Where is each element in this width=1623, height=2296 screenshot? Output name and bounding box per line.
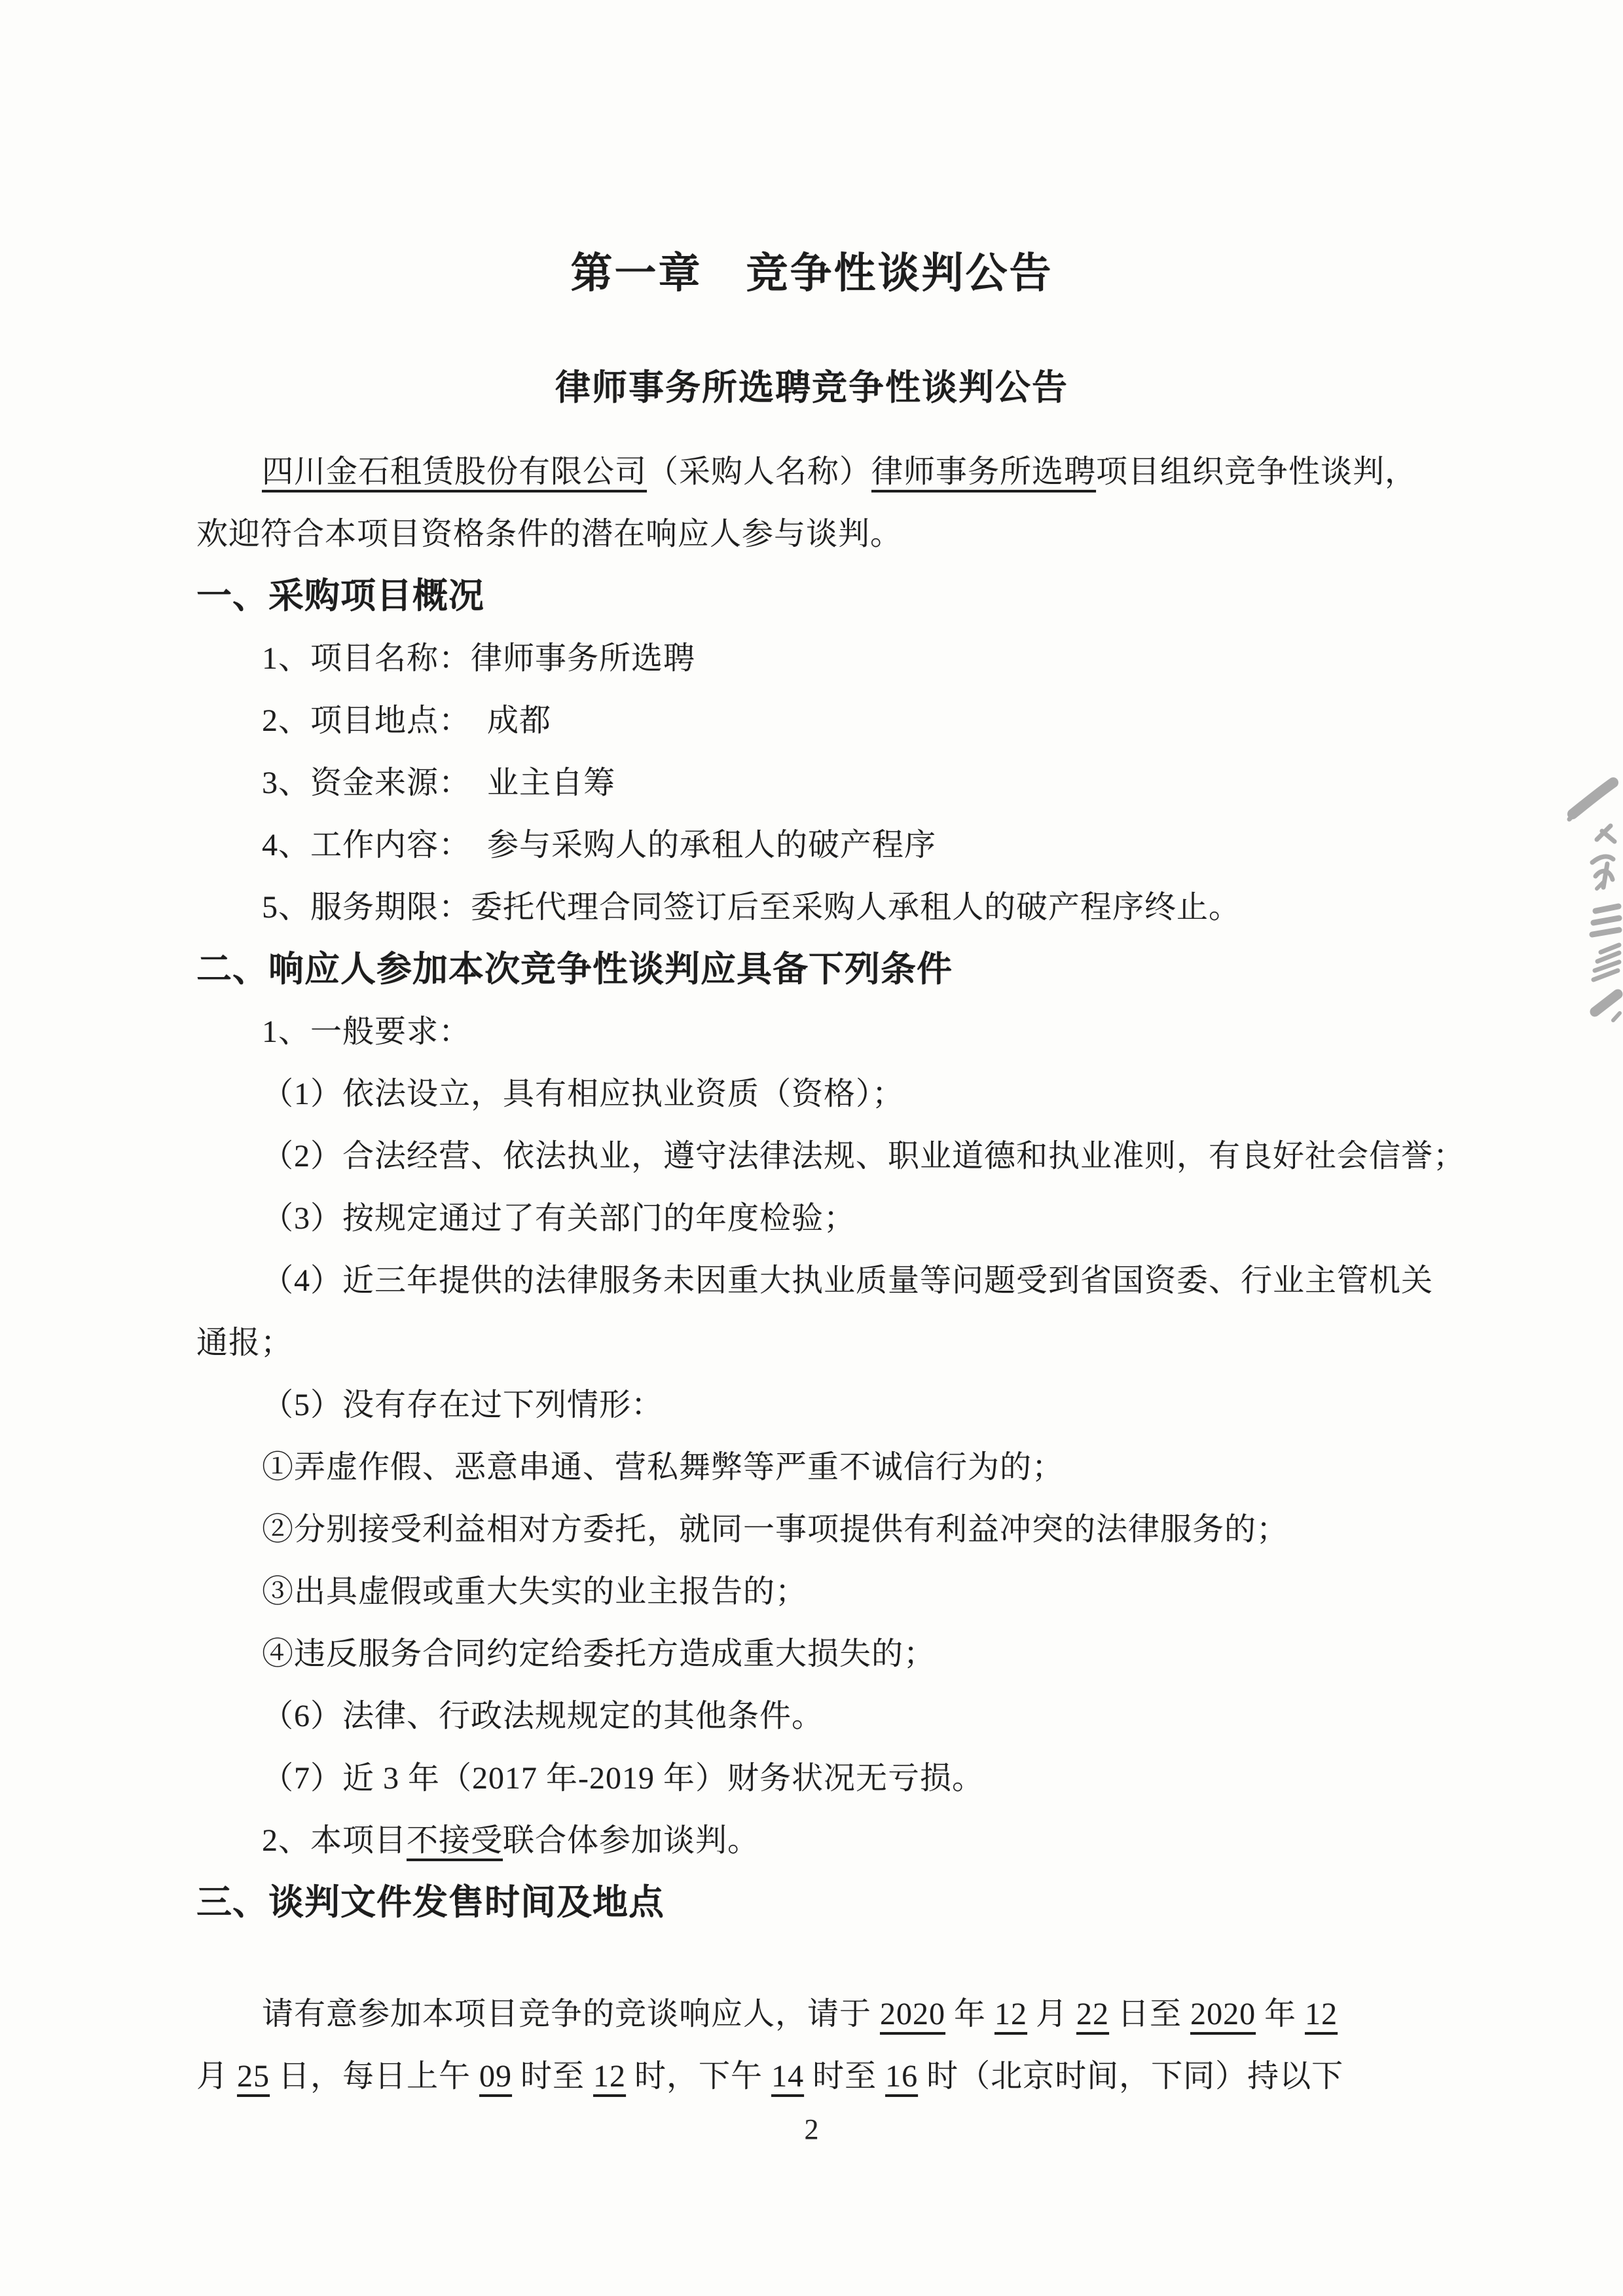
text-segment: 1、项目名称：律师事务所选聘 [262, 641, 695, 676]
text-segment: 时至 [512, 2059, 593, 2094]
text-segment: 3、资金来源： 业主自筹 [262, 766, 615, 800]
document-line: 通报； [196, 1312, 1427, 1374]
underlined-text: 2020 [880, 1997, 945, 2031]
text-segment: 月 [196, 2059, 237, 2094]
underlined-text: 12 [1305, 1997, 1338, 2031]
text-segment: 5、服务期限：委托代理合同签订后至采购人承租人的破产程序终止。 [262, 890, 1241, 925]
text-segment: （1）依法设立，具有相应执业资质（资格）； [262, 1077, 904, 1111]
announcement-subtitle: 律师事务所选聘竞争性谈判公告 [196, 357, 1427, 419]
underlined-text: 律师事务所选聘 [871, 454, 1096, 489]
text-segment: 时至 [804, 2059, 885, 2094]
document-line: 1、一般要求： [196, 1001, 1427, 1063]
document-line: （7）近 3 年（2017 年-2019 年）财务状况无亏损。 [196, 1747, 1427, 1809]
text-segment: 二、响应人参加本次竞争性谈判应具备下列条件 [196, 950, 953, 989]
document-page: 第一章 竞争性谈判公告 律师事务所选聘竞争性谈判公告 四川金石租赁股份有限公司（… [0, 0, 1623, 2296]
document-line: 2、本项目不接受联合体参加谈判。 [196, 1809, 1427, 1872]
text-segment: 项目组织竞争性谈判， [1096, 454, 1417, 489]
handwritten-margin-marks [1561, 776, 1623, 1045]
text-segment: 通报； [196, 1325, 293, 1360]
underlined-text: 12 [593, 2059, 626, 2094]
document-line: 请有意参加本项目竞争的竞谈响应人，请于 2020 年 12 月 22 日至 20… [196, 1983, 1427, 2045]
document-line: （5）没有存在过下列情形： [196, 1374, 1427, 1436]
text-segment: ③出具虚假或重大失实的业主报告的； [262, 1574, 807, 1609]
text-segment: 年 [1256, 1997, 1305, 2031]
underlined-text: 16 [885, 2059, 918, 2094]
page-number: 2 [0, 2110, 1623, 2149]
document-content: 第一章 竞争性谈判公告 律师事务所选聘竞争性谈判公告 四川金石租赁股份有限公司（… [196, 0, 1427, 2107]
document-line: （4）近三年提供的法律服务未因重大执业质量等问题受到省国资委、行业主管机关 [196, 1250, 1427, 1312]
document-line: ③出具虚假或重大失实的业主报告的； [196, 1561, 1427, 1623]
underlined-text: 25 [237, 2059, 270, 2094]
document-line: （3）按规定通过了有关部门的年度检验； [196, 1187, 1427, 1250]
text-segment: ④违反服务合同约定给委托方造成重大损失的； [262, 1637, 936, 1671]
document-line: （6）法律、行政法规规定的其他条件。 [196, 1685, 1427, 1747]
text-segment: 1、一般要求： [262, 1014, 471, 1049]
text-segment: 时，下午 [626, 2059, 771, 2094]
text-segment: ②分别接受利益相对方委托，就同一事项提供有利益冲突的法律服务的； [262, 1512, 1288, 1547]
underlined-text: 22 [1076, 1997, 1109, 2031]
document-line: ②分别接受利益相对方委托，就同一事项提供有利益冲突的法律服务的； [196, 1498, 1427, 1561]
document-line: ①弄虚作假、恶意串通、营私舞弊等严重不诚信行为的； [196, 1436, 1427, 1498]
text-segment: 请有意参加本项目竞争的竞谈响应人，请于 [262, 1997, 880, 2031]
text-segment: 时（北京时间，下同）持以下 [918, 2059, 1343, 2094]
document-body: 四川金石租赁股份有限公司（采购人名称）律师事务所选聘项目组织竞争性谈判，欢迎符合… [196, 441, 1427, 2107]
text-segment: 一、采购项目概况 [196, 576, 484, 616]
document-line: 3、资金来源： 业主自筹 [196, 752, 1427, 814]
text-segment: （4）近三年提供的法律服务未因重大执业质量等问题受到省国资委、行业主管机关 [262, 1263, 1433, 1298]
text-segment: 欢迎符合本项目资格条件的潜在响应人参与谈判。 [196, 517, 902, 551]
text-segment: 日，每日上午 [270, 2059, 479, 2094]
document-line: 月 25 日，每日上午 09 时至 12 时，下午 14 时至 16 时（北京时… [196, 2045, 1427, 2107]
document-line: ④违反服务合同约定给委托方造成重大损失的； [196, 1623, 1427, 1685]
underlined-text: 不接受 [407, 1823, 503, 1858]
underlined-text: 四川金石租赁股份有限公司 [262, 454, 647, 489]
text-segment: 联合体参加谈判。 [503, 1823, 759, 1858]
underlined-text: 12 [994, 1997, 1027, 2031]
document-line: 四川金石租赁股份有限公司（采购人名称）律师事务所选聘项目组织竞争性谈判， [196, 441, 1427, 503]
document-line: 5、服务期限：委托代理合同签订后至采购人承租人的破产程序终止。 [196, 876, 1427, 938]
document-line: （1）依法设立，具有相应执业资质（资格）； [196, 1063, 1427, 1125]
text-segment: 年 [945, 1997, 994, 2031]
section-heading: 一、采购项目概况 [196, 565, 1427, 627]
text-segment: 三、谈判文件发售时间及地点 [196, 1883, 665, 1922]
text-segment: 2、项目地点： 成都 [262, 703, 551, 738]
text-segment: （7）近 3 年（2017 年-2019 年）财务状况无亏损。 [262, 1761, 984, 1796]
text-segment: （2）合法经营、依法执业，遵守法律法规、职业道德和执业准则，有良好社会信誉； [262, 1139, 1465, 1174]
section-heading: 三、谈判文件发售时间及地点 [196, 1872, 1427, 1934]
text-segment: 日至 [1109, 1997, 1190, 2031]
document-line: 2、项目地点： 成都 [196, 690, 1427, 752]
underlined-text: 09 [479, 2059, 512, 2094]
text-segment: 2、本项目 [262, 1823, 407, 1858]
text-segment: （采购人名称） [647, 454, 871, 489]
text-segment: （5）没有存在过下列情形： [262, 1388, 663, 1422]
chapter-title: 第一章 竞争性谈判公告 [196, 242, 1427, 305]
document-line: 1、项目名称：律师事务所选聘 [196, 627, 1427, 690]
underlined-text: 2020 [1190, 1997, 1256, 2031]
text-segment: （6）法律、行政法规规定的其他条件。 [262, 1699, 824, 1733]
document-line: （2）合法经营、依法执业，遵守法律法规、职业道德和执业准则，有良好社会信誉； [196, 1125, 1427, 1187]
text-segment: 4、工作内容： 参与采购人的承租人的破产程序 [262, 828, 936, 862]
document-line: 4、工作内容： 参与采购人的承租人的破产程序 [196, 814, 1427, 876]
document-line: 欢迎符合本项目资格条件的潜在响应人参与谈判。 [196, 503, 1427, 565]
text-segment: ①弄虚作假、恶意串通、营私舞弊等严重不诚信行为的； [262, 1450, 1064, 1485]
underlined-text: 14 [771, 2059, 804, 2094]
text-segment: 月 [1027, 1997, 1076, 2031]
section-heading: 二、响应人参加本次竞争性谈判应具备下列条件 [196, 938, 1427, 1001]
text-segment: （3）按规定通过了有关部门的年度检验； [262, 1201, 856, 1236]
